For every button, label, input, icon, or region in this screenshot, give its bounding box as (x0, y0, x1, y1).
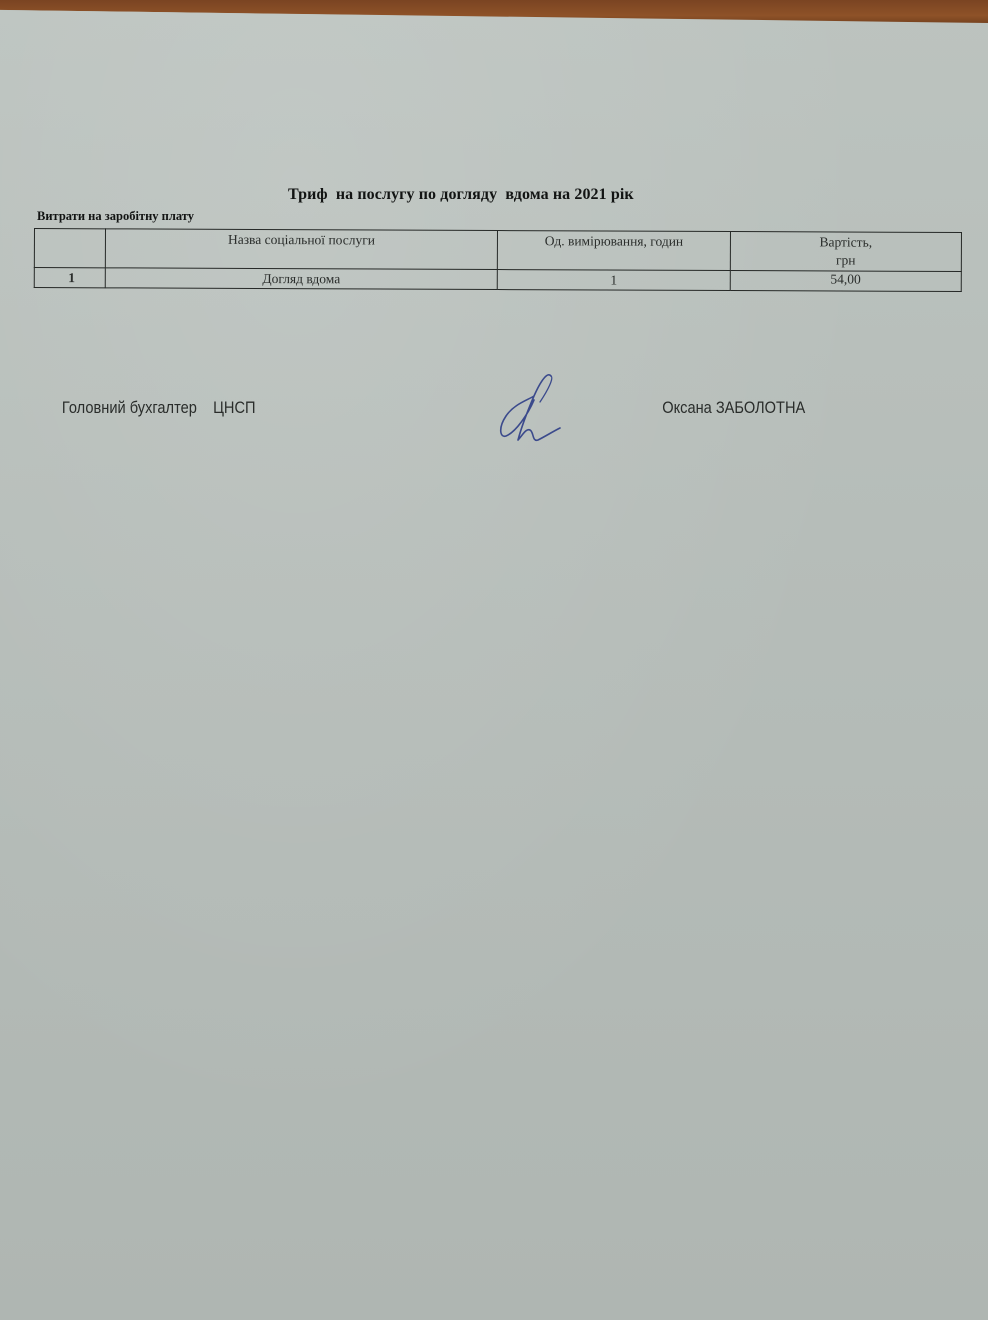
section-label: Витрати на заробітну плату (37, 209, 194, 224)
table-row: 1 Догляд вдома 1 54,00 (34, 268, 961, 292)
table-header-row: Назва соціальної послуги Од. вимірювання… (34, 229, 961, 272)
signer-position: Головний бухгалтер ЦНСП (62, 398, 256, 418)
tariff-table: Назва соціальної послуги Од. вимірювання… (34, 228, 962, 292)
row-unit: 1 (498, 270, 730, 291)
row-service: Догляд вдома (105, 268, 498, 290)
header-unit: Од. вимірювання, годин (498, 231, 731, 271)
handwritten-signature-icon (488, 370, 568, 455)
row-number: 1 (34, 268, 105, 288)
header-number (34, 229, 105, 268)
header-service-name: Назва соціальної послуги (105, 229, 498, 270)
signer-name: Оксана ЗАБОЛОТНА (662, 398, 805, 418)
header-cost: Вартість, грн (730, 232, 961, 272)
row-cost: 54,00 (730, 271, 961, 292)
document-title: Триф на послугу по догляду вдома на 2021… (288, 186, 634, 204)
